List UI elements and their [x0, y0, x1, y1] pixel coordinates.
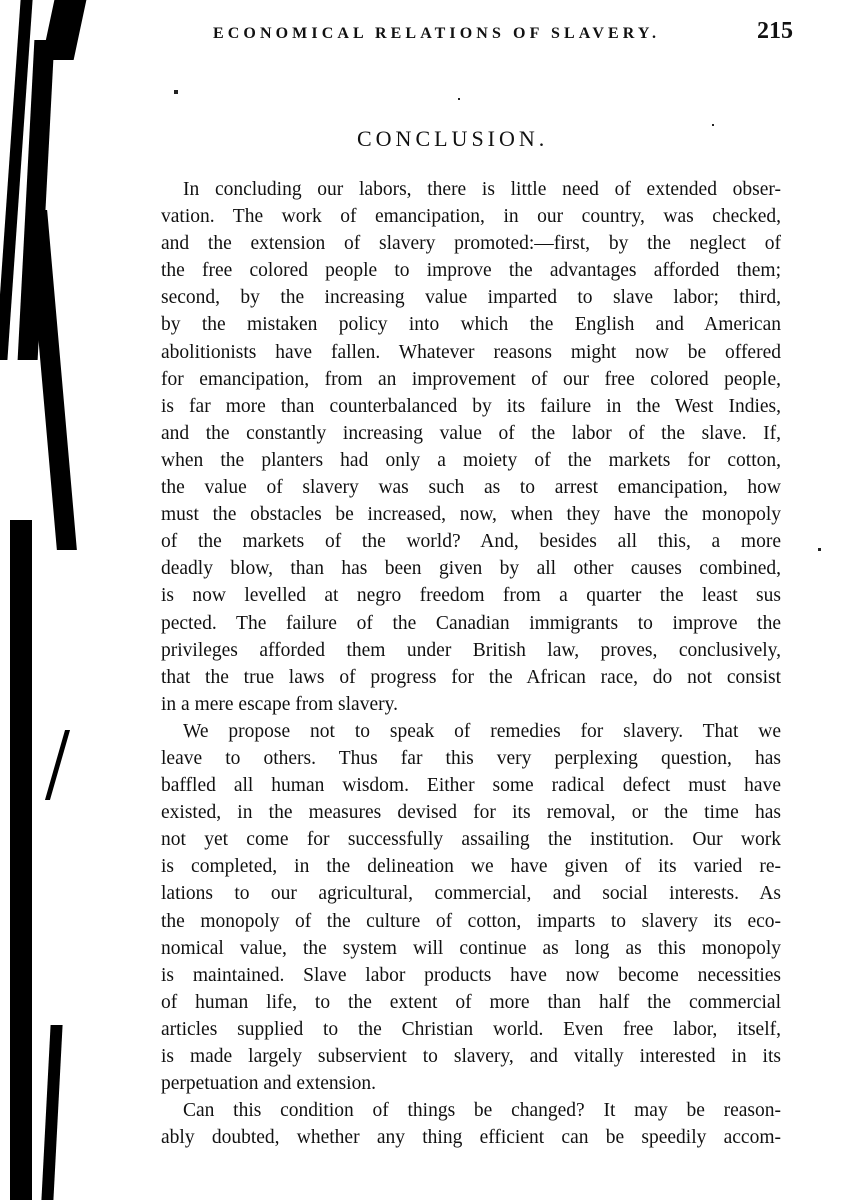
text-line: articles supplied to the Christian world… [161, 1016, 781, 1043]
text-line: baffled all human wisdom. Either some ra… [161, 772, 781, 799]
text-line: lations to our agricultural, commercial,… [161, 880, 781, 907]
text-line: the free colored people to improve the a… [161, 257, 781, 284]
text-line: ably doubted, whether any thing efficien… [161, 1124, 781, 1151]
text-line: Can this condition of things be changed?… [161, 1097, 781, 1124]
text-line: of human life, to the extent of more tha… [161, 989, 781, 1016]
text-line: pected. The failure of the Canadian immi… [161, 610, 781, 637]
scan-edge-shadow-5 [10, 520, 32, 1200]
text-line: nomical value, the system will continue … [161, 935, 781, 962]
text-line: is now levelled at negro freedom from a … [161, 582, 781, 609]
text-line: is completed, in the delineation we have… [161, 853, 781, 880]
paragraph-2: We propose not to speak of remedies for … [161, 718, 781, 1097]
text-line: leave to others. Thus far this very perp… [161, 745, 781, 772]
text-line: the monopoly of the culture of cotton, i… [161, 908, 781, 935]
scan-speck [818, 548, 821, 551]
text-line: privileges afforded them under British l… [161, 637, 781, 664]
text-line: perpetuation and extension. [161, 1070, 781, 1097]
page-number: 215 [757, 18, 793, 45]
text-line: when the planters had only a moiety of t… [161, 447, 781, 474]
text-line: that the true laws of progress for the A… [161, 664, 781, 691]
text-line: not yet come for successfully assailing … [161, 826, 781, 853]
text-line: for emancipation, from an improvement of… [161, 366, 781, 393]
scan-speck [458, 98, 460, 100]
text-line: and the constantly increasing value of t… [161, 420, 781, 447]
text-line: must the obstacles be increased, now, wh… [161, 501, 781, 528]
text-line: We propose not to speak of remedies for … [161, 718, 781, 745]
text-line: second, by the increasing value imparted… [161, 284, 781, 311]
text-line: deadly blow, than has been given by all … [161, 555, 781, 582]
scan-edge-shadow-7 [45, 730, 70, 800]
text-line: in a mere escape from slavery. [161, 691, 781, 718]
text-line: existed, in the measures devised for its… [161, 799, 781, 826]
scan-speck [712, 124, 714, 126]
text-line: the value of slavery was such as to arre… [161, 474, 781, 501]
scan-speck [174, 90, 178, 94]
text-line: of the markets of the world? And, beside… [161, 528, 781, 555]
text-line: abolitionists have fallen. Whatever reas… [161, 339, 781, 366]
scan-edge-shadow-4 [27, 210, 77, 550]
running-title: ECONOMICAL RELATIONS OF SLAVERY. [213, 25, 660, 43]
text-line: and the extension of slavery promoted:—f… [161, 230, 781, 257]
text-line: is maintained. Slave labor products have… [161, 962, 781, 989]
text-line: In concluding our labors, there is littl… [161, 176, 781, 203]
text-line: by the mistaken policy into which the En… [161, 311, 781, 338]
text-line: vation. The work of emancipation, in our… [161, 203, 781, 230]
paragraph-1: In concluding our labors, there is littl… [161, 176, 781, 718]
text-line: is far more than counterbalanced by its … [161, 393, 781, 420]
paragraph-3: Can this condition of things be changed?… [161, 1097, 781, 1151]
scan-edge-shadow-6 [41, 1025, 62, 1200]
running-header: ECONOMICAL RELATIONS OF SLAVERY. 215 [213, 18, 793, 48]
chapter-title: CONCLUSION. [357, 126, 548, 152]
body-text: In concluding our labors, there is littl… [161, 176, 781, 1151]
text-line: is made largely subservient to slavery, … [161, 1043, 781, 1070]
